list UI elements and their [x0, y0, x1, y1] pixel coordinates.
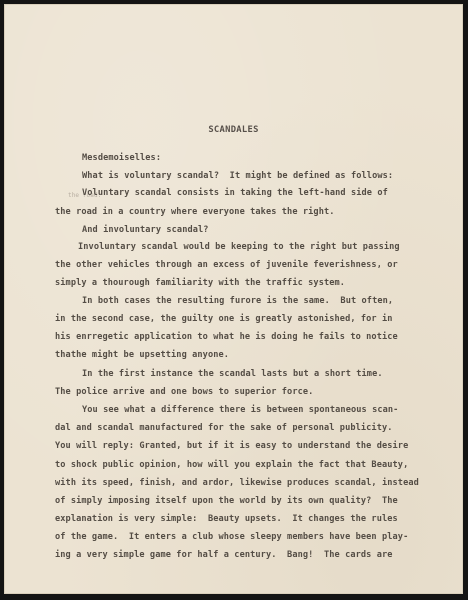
text-line: explanation is very simple: Beauty upset…: [55, 514, 398, 524]
text-line: the other vehicles through an excess of …: [55, 260, 398, 270]
typewritten-page: SCANDALES the road. Mesdemoiselles:What …: [4, 4, 463, 594]
text-line: of the game. It enters a club whose slee…: [55, 532, 408, 542]
text-line: thathe might be upsetting anyone.: [55, 350, 229, 360]
text-line: Involuntary scandal would be keeping to …: [78, 242, 400, 252]
text-line: simply a thourough familiarity with the …: [55, 278, 345, 288]
text-line: to shock public opinion, how will you ex…: [55, 460, 408, 470]
text-line: You see what a difference there is betwe…: [82, 405, 398, 415]
text-line: of simply imposing itself upon the world…: [55, 496, 398, 506]
text-line: Voluntary scandal consists in taking the…: [82, 188, 388, 198]
text-line: In both cases the resulting furore is th…: [82, 296, 393, 306]
text-line: the road in a country where everyone tak…: [55, 207, 335, 217]
text-line: The police arrive and one bows to superi…: [55, 387, 313, 397]
text-line: his enrregetic application to what he is…: [55, 332, 398, 342]
text-line: with its speed, finish, and ardor, likew…: [55, 478, 419, 488]
text-line: Mesdemoiselles:: [82, 153, 161, 163]
document-title: SCANDALES: [4, 125, 463, 135]
text-line: In the first instance the scandal lasts …: [82, 369, 383, 379]
text-line: You will reply: Granted, but if it is ea…: [55, 441, 408, 451]
text-line: dal and scandal manufactured for the sak…: [55, 423, 393, 433]
text-line: ing a very simple game for half a centur…: [55, 550, 393, 560]
text-line: And involuntary scandal?: [82, 225, 209, 235]
text-line: What is voluntary scandal? It might be d…: [82, 171, 393, 181]
text-line: in the second case, the guilty one is gr…: [55, 314, 393, 324]
